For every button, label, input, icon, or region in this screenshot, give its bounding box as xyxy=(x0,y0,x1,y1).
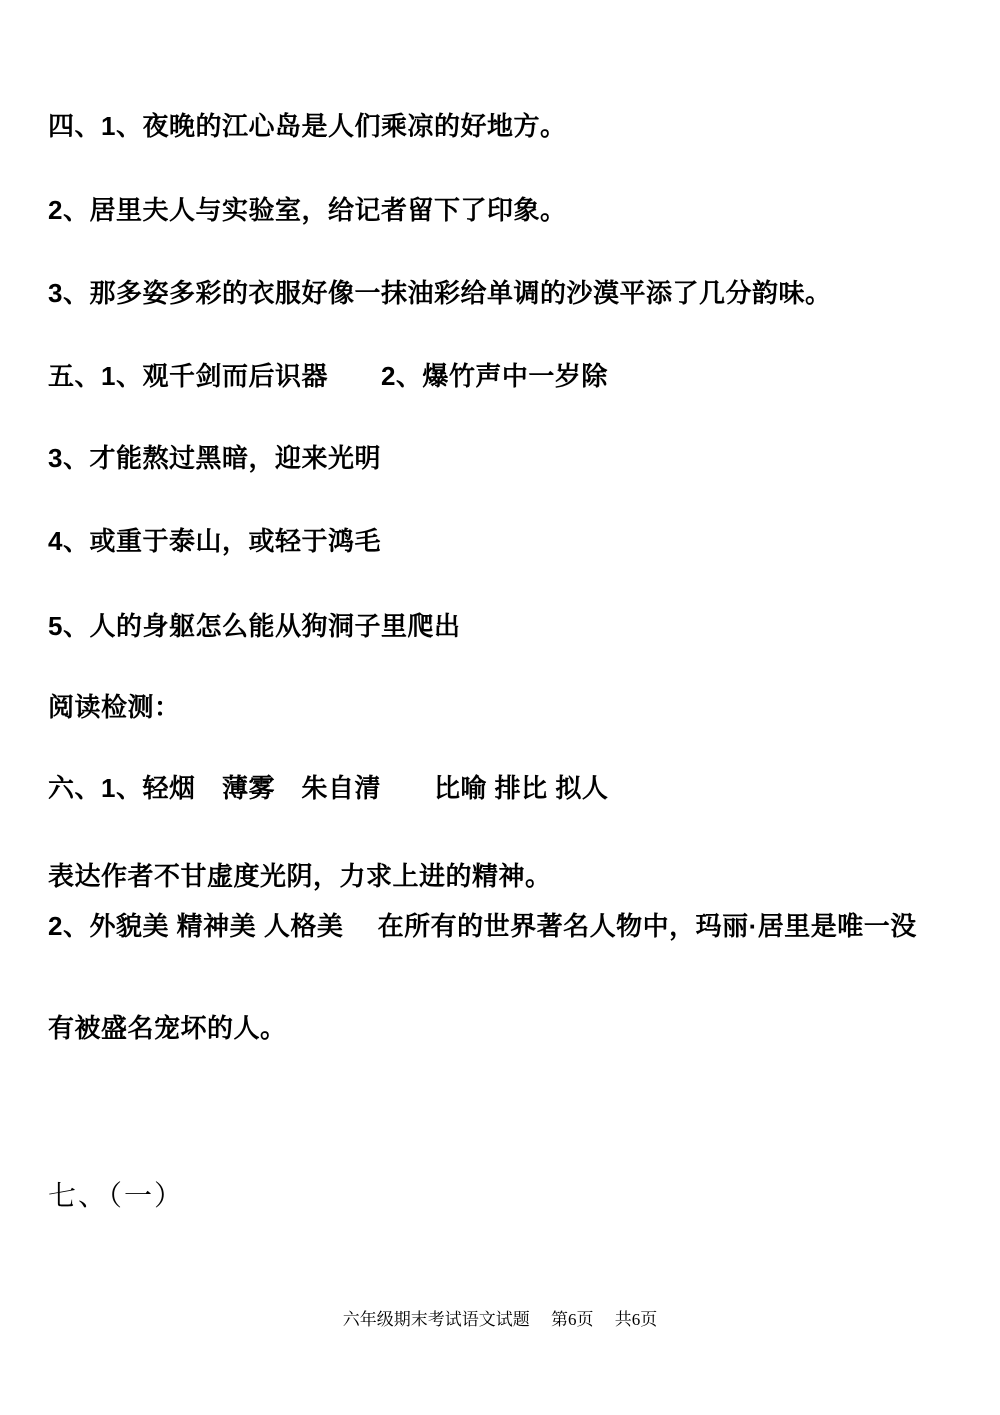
answer-line-section4-1: 四、1、夜晚的江心岛是人们乘凉的好地方。 xyxy=(48,109,990,143)
answer-line-section4-3: 3、那多姿多彩的衣服好像一抹油彩给单调的沙漠平添了几分韵味。 xyxy=(48,276,990,310)
document-page: 四、1、夜晚的江心岛是人们乘凉的好地方。 2、居里夫人与实验室，给记者留下了印象… xyxy=(0,0,1000,1415)
answer-line-section5-5: 5、人的身躯怎么能从狗洞子里爬出 xyxy=(48,609,990,643)
answer-line-section4-2: 2、居里夫人与实验室，给记者留下了印象。 xyxy=(48,193,990,227)
answer-line-section6-1: 六、1、轻烟 薄雾 朱自清 比喻 排比 拟人 xyxy=(48,771,990,805)
answer-line-section5-4: 4、或重于泰山，或轻于鸿毛 xyxy=(48,524,990,558)
answer-line-section5-3: 3、才能熬过黑暗，迎来光明 xyxy=(48,441,990,475)
answer-line-section6-2: 2、外貌美 精神美 人格美 在所有的世界著名人物中，玛丽·居里是唯一没 xyxy=(48,909,990,943)
page-footer: 六年级期末考试语文试题 第6页 共6页 xyxy=(0,1309,1000,1331)
answer-line-section6-1-cont: 表达作者不甘虚度光阴，力求上进的精神。 xyxy=(48,859,990,893)
reading-test-heading: 阅读检测： xyxy=(48,690,990,724)
answer-line-section5-1-2: 五、1、观千剑而后识器 2、爆竹声中一岁除 xyxy=(48,359,990,393)
answer-line-section6-2-cont: 有被盛名宠坏的人。 xyxy=(48,1011,990,1045)
section7-heading: 七、（一） xyxy=(48,1179,990,1215)
